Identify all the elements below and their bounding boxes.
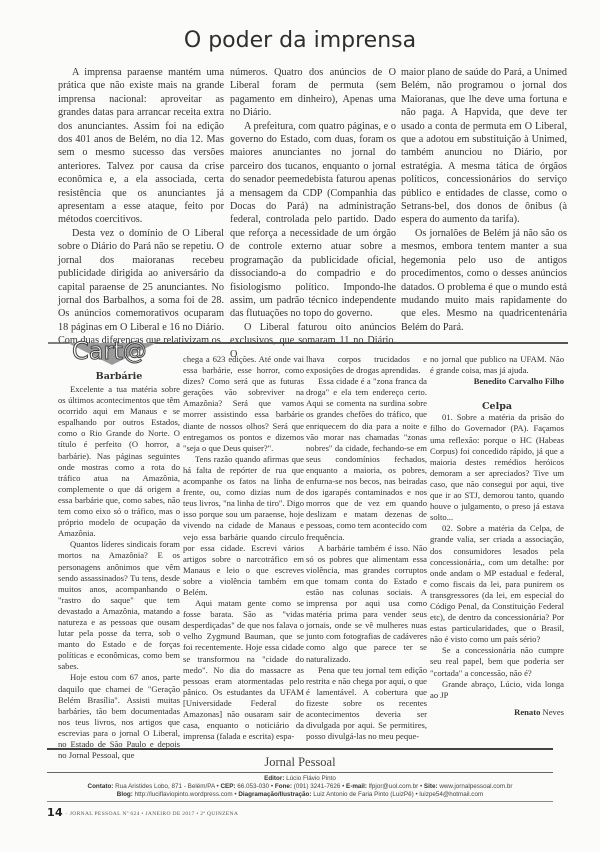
paragraph: no jornal que publico na UFAM. Não é gra… — [430, 354, 564, 376]
editor-line: Editor: Lúcio Flávio Pinto — [0, 775, 600, 782]
signature-last-name: Neves — [540, 707, 564, 717]
page-number: 14 — [47, 806, 63, 819]
contact-address: Rua Aristides Lobo, 871 - Belém/PA • — [113, 783, 220, 790]
blog-line: Blog: http://luciflaviopinto.wordpress.c… — [0, 791, 600, 798]
paragraph: Essa cidade é a "zona franca da droga" e… — [306, 376, 427, 542]
issue-info: · JORNAL PESSOAL Nº 624 • JANEIRO DE 201… — [66, 811, 238, 817]
letter-1-heading: Barbárie — [58, 371, 180, 382]
paragraph: Se a concessionária não cumpre seu real … — [430, 645, 564, 678]
article-column-3: maior plano de saúde do Pará, a Unimed B… — [401, 66, 567, 334]
layout-label: Diagramação/Ilustração: — [238, 791, 311, 798]
article-title: O poder da imprensa — [0, 28, 600, 53]
letter-2-signature: Renato Neves — [430, 707, 564, 718]
contact-line: Contato: Rua Aristides Lobo, 871 - Belém… — [0, 783, 600, 790]
layout-credit: Luiz Antonio de Faria Pinto (LuizPê) • l… — [311, 791, 483, 798]
cep-value: 66.053-030 • — [236, 783, 275, 790]
letters-column-1: Excelente a tua matéria sobre os últimos… — [58, 384, 180, 761]
footer-mid-rule — [47, 772, 553, 773]
article-column-2: números. Quatro dos anúncios de O Libera… — [230, 66, 396, 361]
footer-bottom-rule — [47, 801, 553, 802]
contact-label: Contato: — [88, 783, 114, 790]
paragraph: chega a 623 edições. Até onde vai essa b… — [183, 354, 304, 454]
letter-1-signature: Benedito Carvalho Filho — [430, 376, 564, 387]
signature-first-name: Renato — [514, 707, 540, 717]
paragraph: Quantos líderes sindicais foram mortos n… — [58, 539, 180, 672]
letter-2-title: Celpa — [430, 401, 564, 412]
letters-column-4: no jornal que publico na UFAM. Não é gra… — [430, 354, 564, 718]
article-column-1: A imprensa paraense mantém uma prática q… — [58, 66, 224, 348]
letters-column-2: chega a 623 edições. Até onde vai essa b… — [183, 354, 304, 742]
paragraph: A barbárie também é isso. Não só os pobr… — [306, 543, 427, 665]
paragraph: Pena que teu jornal tem edição restrita … — [306, 665, 427, 743]
phone-value: (091) 3241-7626 • — [292, 783, 346, 790]
paragraph: Desta vez o domínio de O Liberal sobre o… — [58, 227, 224, 348]
page-info: 14· JORNAL PESSOAL Nº 624 • JANEIRO DE 2… — [47, 806, 238, 819]
email-label: E-mail: — [346, 783, 367, 790]
paragraph: 02. Sobre a matéria da Celpa, de grande … — [430, 523, 564, 645]
paragraph: lhava corpos trucidados e exposições de … — [306, 354, 427, 376]
paragraph: Aqui matam gente como se fosse barata. S… — [183, 598, 304, 742]
site-label: Site: — [424, 783, 438, 790]
cep-label: CEP: — [221, 783, 236, 790]
editor-label: Editor: — [264, 775, 284, 782]
paragraph: A prefeitura, com quatro páginas, e o go… — [230, 120, 396, 321]
blog-label: Blog: — [117, 791, 133, 798]
letter-1-title: Barbárie — [58, 371, 180, 382]
email-value[interactable]: lfpjor@uol.com.br • — [367, 783, 424, 790]
footer-top-rule — [47, 748, 553, 750]
paragraph: Tens razão quando afirmas que há falta d… — [183, 454, 304, 598]
paragraph: números. Quatro dos anúncios de O Libera… — [230, 66, 396, 120]
blog-link[interactable]: http://luciflaviopinto.wordpress.com • — [133, 791, 238, 798]
paragraph: Grande abraço, Lúcio, vida longa ao JP — [430, 679, 564, 701]
phone-label: Fone: — [275, 783, 292, 790]
paragraph: Excelente a tua matéria sobre os últimos… — [58, 384, 180, 539]
paragraph: maior plano de saúde do Pará, a Unimed B… — [401, 66, 567, 227]
paragraph: 01. Sobre a matéria da prisão do filho d… — [430, 412, 564, 523]
section-divider — [150, 342, 568, 344]
paragraph: A imprensa paraense mantém uma prática q… — [58, 66, 224, 227]
paragraph: Os jornalões de Belém já não são os mesm… — [401, 227, 567, 334]
letters-column-3: lhava corpos trucidados e exposições de … — [306, 354, 427, 742]
editor-name: Lúcio Flávio Pinto — [284, 775, 335, 782]
site-link[interactable]: www.jornalpessoal.com.br — [438, 783, 513, 790]
cart-section-label: Cart@ — [72, 337, 147, 365]
paper-name: Jornal Pessoal — [0, 755, 600, 770]
